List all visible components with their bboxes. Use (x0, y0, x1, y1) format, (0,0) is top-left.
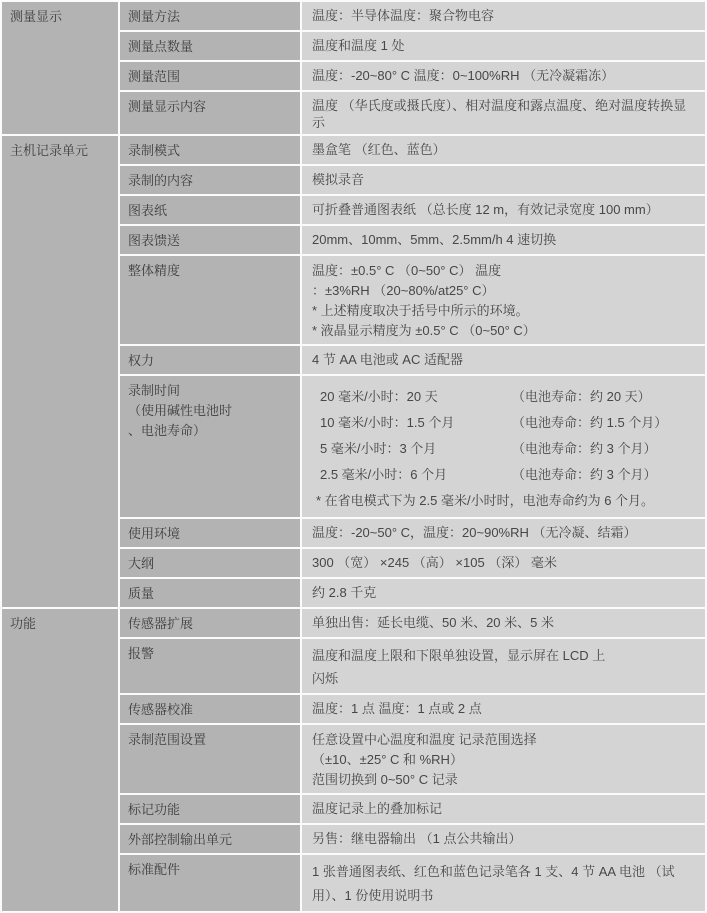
spec-value: 温度：-20~80° C 温度：0~100%RH （无冷凝霜冻） (312, 67, 699, 84)
spec-label: 标记功能 (128, 800, 294, 820)
spec-value: 温度：-20~50° C，温度：20~90%RH （无冷凝、结霜） (312, 524, 699, 541)
spec-label: 录制的内容 (128, 171, 294, 191)
spec-value: 另售：继电器输出 （1 点公共输出） (312, 830, 699, 847)
category-label: 功能 (10, 614, 112, 632)
spec-value: 温度和温度 1 处 (312, 37, 699, 54)
spec-label-cell: 标记功能 (120, 795, 300, 823)
spec-label: 整体精度 (128, 261, 294, 281)
spec-value-cell: 温度：半导体温度：聚合物电容 (302, 2, 705, 30)
spec-label: 测量方法 (128, 7, 294, 27)
spec-value: 温度：1 点 温度：1 点或 2 点 (312, 700, 699, 717)
spec-label-cell: 整体精度 (120, 256, 300, 344)
spec-label-cell: 测量点数量 (120, 32, 300, 60)
value-note: * 在省电模式下为 2.5 毫米/小时时，电池寿命约为 6 个月。 (312, 488, 699, 514)
spec-label: 报警 (128, 644, 294, 664)
spec-value: 温度：半导体温度：聚合物电容 (312, 7, 699, 24)
table-row: 功能传感器扩展单独出售：延长电缆、50 米、20 米、5 米 (2, 609, 705, 637)
spec-value: 可折叠普通图表纸 （总长度 12 m，有效记录宽度 100 mm） (312, 201, 699, 218)
pair-left: 5 毫米/小时：3 个月 (320, 436, 512, 462)
spec-label: 图表纸 (128, 201, 294, 221)
spec-value-cell: 20 毫米/小时：20 天（电池寿命：约 20 天）10 毫米/小时：1.5 个… (302, 376, 705, 517)
spec-label: 传感器扩展 (128, 614, 294, 634)
spec-label-line: 、电池寿命） (128, 421, 294, 441)
spec-label-cell: 权力 (120, 346, 300, 374)
spec-value-cell: 300 （宽） ×245 （高） ×105 （深） 毫米 (302, 549, 705, 577)
spec-value-cell: 温度：1 点 温度：1 点或 2 点 (302, 695, 705, 723)
spec-label-cell: 使用环境 (120, 519, 300, 547)
pair-right: （电池寿命：约 3 个月） (512, 436, 699, 462)
spec-value-line: 范围切换到 0~50° C 记录 (312, 770, 699, 790)
spec-label-line: 录制时间 (128, 381, 294, 401)
spec-page: 测量显示测量方法温度：半导体温度：聚合物电容测量点数量温度和温度 1 处测量范围… (0, 0, 707, 913)
spec-label-cell: 大纲 (120, 549, 300, 577)
pair-left: 10 毫米/小时：1.5 个月 (320, 410, 512, 436)
spec-value-line: 温度：±0.5° C （0~50° C） 温度 (312, 261, 699, 281)
spec-label-cell: 质量 (120, 579, 300, 607)
spec-label-cell: 图表纸 (120, 196, 300, 224)
pair-left: 20 毫米/小时：20 天 (320, 384, 512, 410)
spec-value-cell: 可折叠普通图表纸 （总长度 12 m，有效记录宽度 100 mm） (302, 196, 705, 224)
spec-label-cell: 录制模式 (120, 136, 300, 164)
spec-value-cell: 4 节 AA 电池或 AC 适配器 (302, 346, 705, 374)
spec-value: 单独出售：延长电缆、50 米、20 米、5 米 (312, 614, 699, 631)
spec-value-line: 闪烁 (312, 667, 699, 690)
spec-label-cell: 图表馈送 (120, 226, 300, 254)
spec-label: 录制模式 (128, 141, 294, 161)
pair-left: 2.5 毫米/小时：6 个月 (320, 462, 512, 488)
spec-label: 外部控制输出单元 (128, 830, 294, 850)
category-label: 主机记录单元 (10, 141, 112, 159)
spec-value: 温度 （华氏度或摄氏度）、相对温度和露点温度、绝对温度转换显示 (312, 97, 699, 131)
value-pair: 10 毫米/小时：1.5 个月（电池寿命：约 1.5 个月） (312, 410, 699, 436)
table-row: 主机记录单元录制模式墨盒笔 （红色、蓝色） (2, 136, 705, 164)
spec-value: 墨盒笔 （红色、蓝色） (312, 141, 699, 158)
spec-value-line: 任意设置中心温度和温度 记录范围选择 (312, 730, 699, 750)
spec-value: 1 张普通图表纸、红色和蓝色记录笔各 1 支、4 节 AA 电池 （试用）、1 … (312, 860, 699, 908)
spec-value: 4 节 AA 电池或 AC 适配器 (312, 351, 699, 368)
spec-value-line: 温度和温度上限和下限单独设置，显示屏在 LCD 上 (312, 644, 699, 667)
spec-label-cell: 传感器扩展 (120, 609, 300, 637)
spec-value-line: （±10、±25° C 和 %RH） (312, 750, 699, 770)
spec-label: 权力 (128, 351, 294, 371)
spec-value-cell: 温度 （华氏度或摄氏度）、相对温度和露点温度、绝对温度转换显示 (302, 92, 705, 134)
spec-value-cell: 另售：继电器输出 （1 点公共输出） (302, 825, 705, 853)
spec-label-cell: 录制范围设置 (120, 725, 300, 793)
pair-right: （电池寿命：约 3 个月） (512, 462, 699, 488)
spec-value: 300 （宽） ×245 （高） ×105 （深） 毫米 (312, 554, 699, 571)
category-cell: 功能 (2, 609, 118, 911)
spec-value-cell: 温度：±0.5° C （0~50° C） 温度：±3%RH （20~80%/at… (302, 256, 705, 344)
spec-label: 测量显示内容 (128, 97, 294, 117)
value-pair: 20 毫米/小时：20 天（电池寿命：约 20 天） (312, 384, 699, 410)
spec-value-cell: 20mm、10mm、5mm、2.5mm/h 4 速切换 (302, 226, 705, 254)
spec-value-cell: 墨盒笔 （红色、蓝色） (302, 136, 705, 164)
table-row: 测量显示测量方法温度：半导体温度：聚合物电容 (2, 2, 705, 30)
spec-value-cell: 单独出售：延长电缆、50 米、20 米、5 米 (302, 609, 705, 637)
spec-value-line: * 上述精度取决于括号中所示的环境。 (312, 301, 699, 321)
spec-value-cell: 温度和温度上限和下限单独设置，显示屏在 LCD 上闪烁 (302, 639, 705, 693)
spec-label-cell: 录制的内容 (120, 166, 300, 194)
spec-value-cell: 约 2.8 千克 (302, 579, 705, 607)
pair-right: （电池寿命：约 20 天） (512, 384, 699, 410)
spec-label-cell: 录制时间（使用碱性电池时、电池寿命） (120, 376, 300, 517)
spec-value-cell: 任意设置中心温度和温度 记录范围选择（±10、±25° C 和 %RH）范围切换… (302, 725, 705, 793)
spec-table: 测量显示测量方法温度：半导体温度：聚合物电容测量点数量温度和温度 1 处测量范围… (0, 0, 707, 913)
spec-label-cell: 测量显示内容 (120, 92, 300, 134)
spec-label-cell: 报警 (120, 639, 300, 693)
spec-value: 20mm、10mm、5mm、2.5mm/h 4 速切换 (312, 231, 699, 248)
spec-value-line: * 液晶显示精度为 ±0.5° C （0~50° C） (312, 321, 699, 341)
spec-label-cell: 标准配件 (120, 855, 300, 911)
spec-label: 传感器校准 (128, 700, 294, 720)
pair-right: （电池寿命：约 1.5 个月） (512, 410, 699, 436)
spec-label-line: （使用碱性电池时 (128, 401, 294, 421)
spec-value: 模拟录音 (312, 171, 699, 188)
spec-value-cell: 1 张普通图表纸、红色和蓝色记录笔各 1 支、4 节 AA 电池 （试用）、1 … (302, 855, 705, 911)
value-pair: 2.5 毫米/小时：6 个月（电池寿命：约 3 个月） (312, 462, 699, 488)
spec-label: 标准配件 (128, 860, 294, 880)
spec-label-cell: 测量范围 (120, 62, 300, 90)
category-cell: 主机记录单元 (2, 136, 118, 607)
spec-value-cell: 温度：-20~50° C，温度：20~90%RH （无冷凝、结霜） (302, 519, 705, 547)
spec-value-cell: 温度和温度 1 处 (302, 32, 705, 60)
spec-value: 温度记录上的叠加标记 (312, 800, 699, 817)
spec-label: 图表馈送 (128, 231, 294, 251)
value-pair: 5 毫米/小时：3 个月（电池寿命：约 3 个月） (312, 436, 699, 462)
spec-label: 测量点数量 (128, 37, 294, 57)
category-cell: 测量显示 (2, 2, 118, 134)
spec-label-cell: 传感器校准 (120, 695, 300, 723)
spec-label: 录制范围设置 (128, 730, 294, 750)
spec-label-cell: 外部控制输出单元 (120, 825, 300, 853)
spec-label: 质量 (128, 584, 294, 604)
spec-value: 约 2.8 千克 (312, 584, 699, 601)
category-label: 测量显示 (10, 7, 112, 25)
spec-value-cell: 模拟录音 (302, 166, 705, 194)
spec-label: 使用环境 (128, 524, 294, 544)
spec-label: 大纲 (128, 554, 294, 574)
spec-table-body: 测量显示测量方法温度：半导体温度：聚合物电容测量点数量温度和温度 1 处测量范围… (2, 2, 705, 911)
spec-value-line: ：±3%RH （20~80%/at25° C） (312, 281, 699, 301)
spec-value-cell: 温度：-20~80° C 温度：0~100%RH （无冷凝霜冻） (302, 62, 705, 90)
spec-label-cell: 测量方法 (120, 2, 300, 30)
spec-value-cell: 温度记录上的叠加标记 (302, 795, 705, 823)
spec-label: 测量范围 (128, 67, 294, 87)
